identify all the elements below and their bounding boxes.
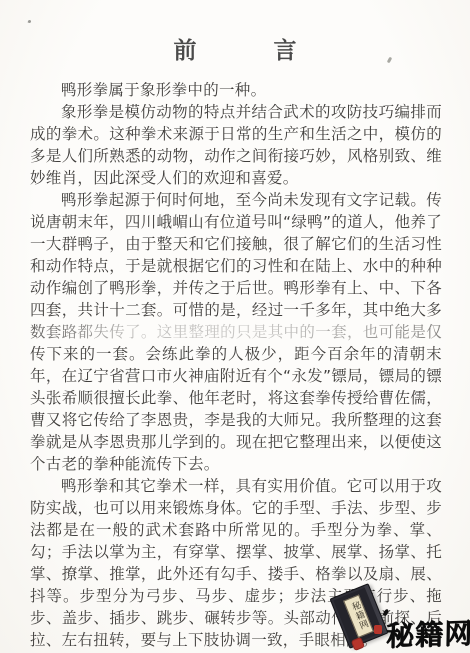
preface-paragraph-1: 鸭形拳属于象形拳中的一种。 xyxy=(30,79,442,101)
seal-icon xyxy=(352,638,364,650)
book-label-text: 秘籍网 xyxy=(349,601,369,632)
mijiwang-watermark: 秘籍网 秘籍网 xyxy=(328,587,464,649)
book-icon: 秘籍网 xyxy=(329,583,388,649)
watermark-site-name: 秘籍网 xyxy=(386,611,470,653)
preface-paragraph-3: 鸭形拳起源于何时何地，至今尚未发现有文字记载。传说唐朝末年，四川峨嵋山有位道号叫… xyxy=(30,189,442,475)
page-title: 前 言 xyxy=(0,0,470,65)
seal-dot-icon xyxy=(374,625,382,634)
preface-body: 鸭形拳属于象形拳中的一种。 象形拳是模仿动物的特点并结合武术的攻防技巧编排而成的… xyxy=(30,79,442,651)
scanned-book-page: 前 言 鸭形拳属于象形拳中的一种。 象形拳是模仿动物的特点并结合武术的攻防技巧编… xyxy=(0,0,470,653)
book-label: 秘籍网 xyxy=(343,594,374,637)
preface-paragraph-2: 象形拳是模仿动物的特点并结合武术的攻防技巧编排而成的拳术。这种拳术来源于日常的生… xyxy=(30,101,442,189)
